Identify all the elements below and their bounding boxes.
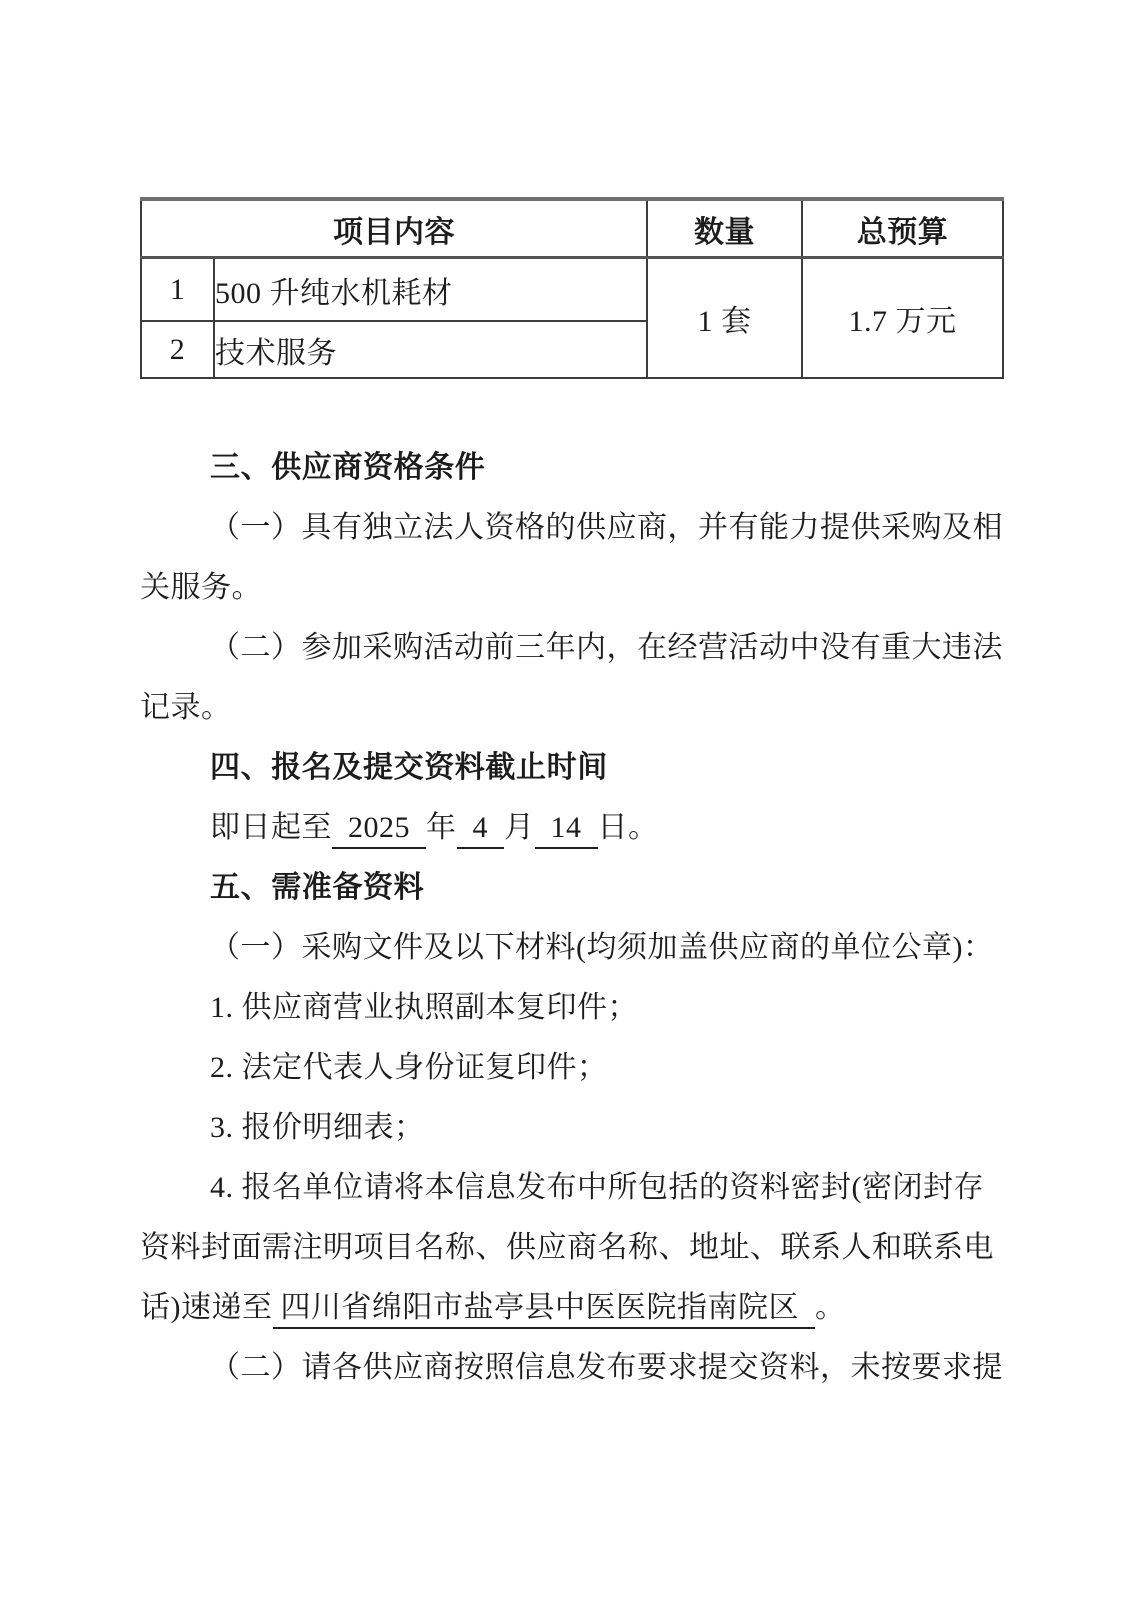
header-cell-item-content: 项目内容	[141, 199, 647, 258]
fill-in-blank: 2025	[332, 811, 426, 849]
text-segment: 即日起至	[210, 811, 332, 844]
items-table: 项目内容 数量 总预算 1 500 升纯水机耗材 1 套 1.7 万元 2 技术…	[140, 197, 1004, 379]
header-cell-total-budget: 总预算	[802, 199, 1003, 258]
text-line: （一）具有独立法人资格的供应商，并有能力提供采购及相	[140, 498, 1002, 558]
cell-total-budget-merged: 1.7 万元	[802, 258, 1003, 379]
text-line: 4. 报名单位请将本信息发布中所包括的资料密封(密闭封存	[140, 1158, 1002, 1218]
text-line: 话)速递至 四川省绵阳市盐亭县中医医院指南院区 。	[140, 1278, 1002, 1338]
text-line: 资料封面需注明项目名称、供应商名称、地址、联系人和联系电	[140, 1218, 1002, 1278]
text-line: （二）请各供应商按照信息发布要求提交资料，未按要求提	[140, 1338, 1002, 1398]
text-line: 即日起至 2025 年 4 月 14 日。	[140, 798, 1002, 858]
text-segment: 。	[815, 1291, 846, 1324]
text-line: 3. 报价明细表；	[140, 1098, 1002, 1158]
text-segment: 月	[504, 811, 535, 844]
text-line: 关服务。	[140, 558, 1002, 618]
cell-item-content: 技术服务	[214, 321, 647, 378]
fill-in-blank: 14	[535, 811, 598, 849]
cell-row-number: 1	[141, 258, 214, 322]
section-heading: 三、供应商资格条件	[140, 438, 1002, 498]
document-content: 项目内容 数量 总预算 1 500 升纯水机耗材 1 套 1.7 万元 2 技术…	[140, 197, 1002, 1398]
text-line: 2. 法定代表人身份证复印件；	[140, 1038, 1002, 1098]
text-line: （二）参加采购活动前三年内，在经营活动中没有重大违法	[140, 618, 1002, 678]
cell-quantity-merged: 1 套	[647, 258, 802, 379]
table-header-row: 项目内容 数量 总预算	[141, 199, 1003, 258]
document-page: 项目内容 数量 总预算 1 500 升纯水机耗材 1 套 1.7 万元 2 技术…	[0, 0, 1131, 1600]
text-line: 记录。	[140, 678, 1002, 738]
text-line: （一）采购文件及以下材料(均须加盖供应商的单位公章)：	[140, 918, 1002, 978]
text-segment: 年	[426, 811, 457, 844]
section-heading: 五、需准备资料	[140, 858, 1002, 918]
table-row: 1 500 升纯水机耗材 1 套 1.7 万元	[141, 258, 1003, 322]
text-line: 1. 供应商营业执照副本复印件；	[140, 978, 1002, 1038]
cell-item-content: 500 升纯水机耗材	[214, 258, 647, 322]
text-segment: 日。	[598, 811, 659, 844]
fill-in-blank: 4	[457, 811, 505, 849]
body-text: 三、供应商资格条件（一）具有独立法人资格的供应商，并有能力提供采购及相关服务。（…	[140, 438, 1002, 1398]
header-cell-quantity: 数量	[647, 199, 802, 258]
cell-row-number: 2	[141, 321, 214, 378]
text-segment: 话)速递至	[140, 1291, 273, 1324]
section-heading: 四、报名及提交资料截止时间	[140, 738, 1002, 798]
fill-in-blank: 四川省绵阳市盐亭县中医医院指南院区	[273, 1291, 816, 1329]
